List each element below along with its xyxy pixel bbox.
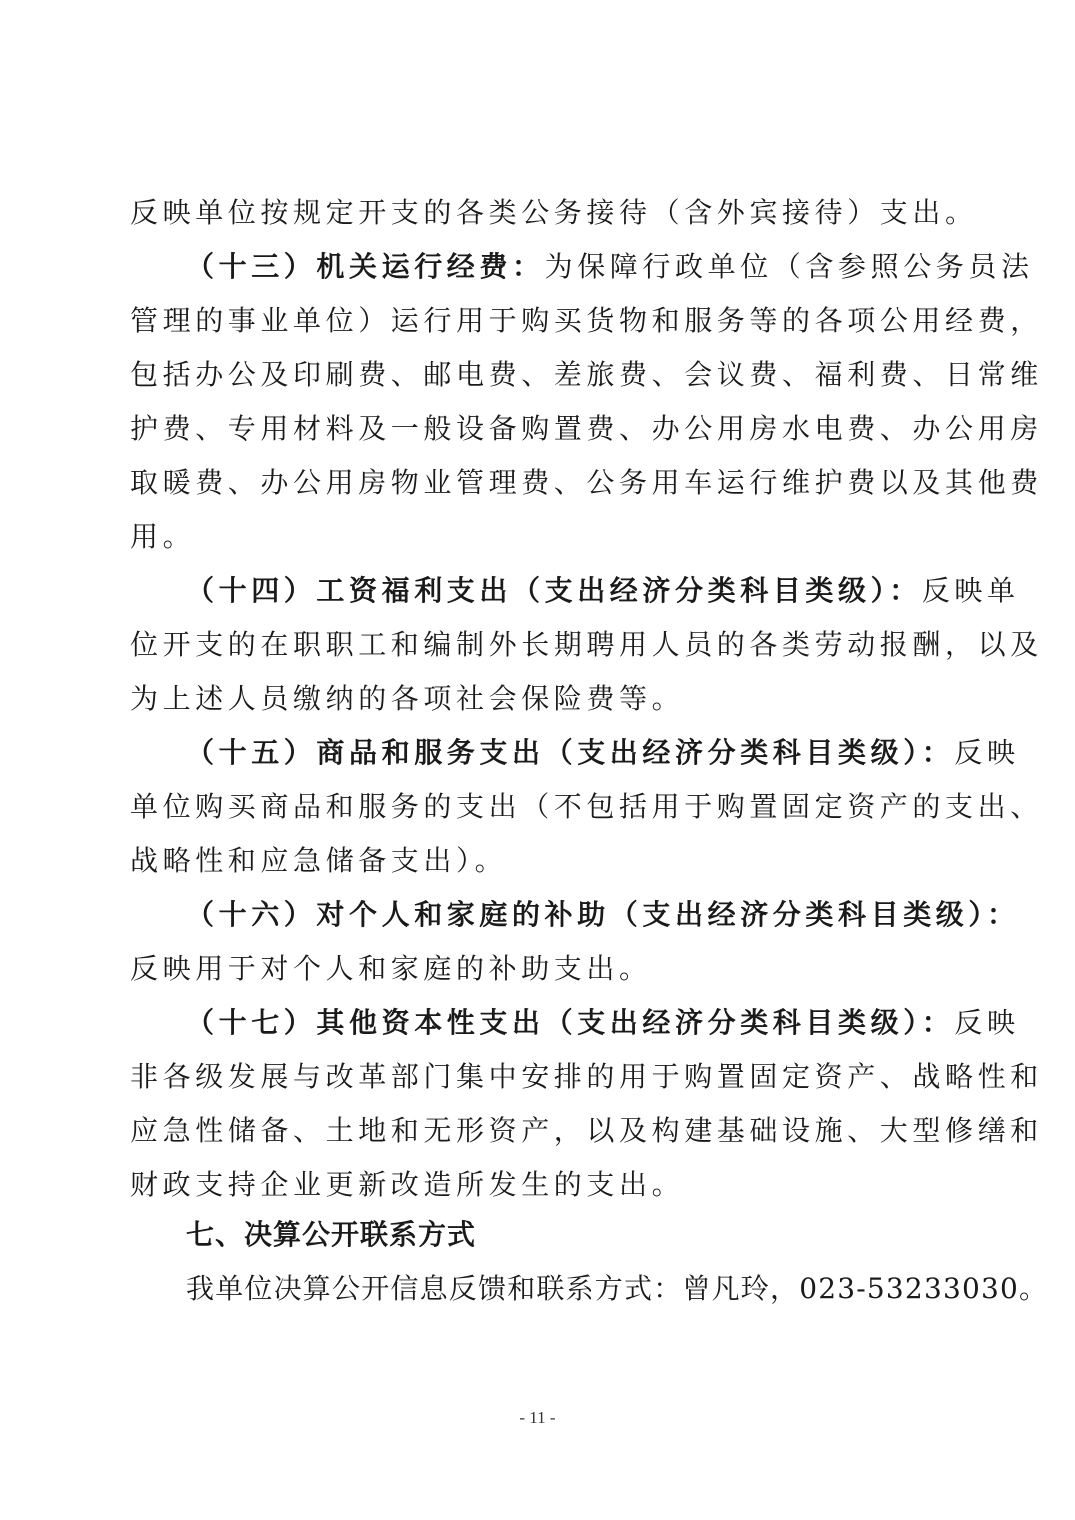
item-lead-16: （十六）对个人和家庭的补助（支出经济分类科目类级）： <box>186 898 1020 931</box>
paragraph-line: 位开支的在职职工和编制外长期聘用人员的各类劳动报酬，以及 <box>130 628 950 662</box>
paragraph-13-first-line: （十三）机关运行经费：为保障行政单位（含参照公务员法 <box>186 250 1006 284</box>
paragraph-line: 应急性储备、土地和无形资产，以及构建基础设施、大型修缮和 <box>130 1114 950 1148</box>
item-lead-15: （十五）商品和服务支出（支出经济分类科目类级）： <box>186 736 954 769</box>
paragraph-line: 管理的事业单位）运行用于购买货物和服务等的各项公用经费， <box>130 304 950 338</box>
paragraph-text: 为保障行政单位（含参照公务员法 <box>545 250 1034 283</box>
paragraph-16-first-line: （十六）对个人和家庭的补助（支出经济分类科目类级）： <box>186 898 1006 932</box>
paragraph-line: 为上述人员缴纳的各项社会保险费等。 <box>130 682 950 716</box>
paragraph-17-first-line: （十七）其他资本性支出（支出经济分类科目类级）：反映 <box>186 1006 1006 1040</box>
paragraph-line: 取暖费、办公用房物业管理费、公务用车运行维护费以及其他费 <box>130 466 950 500</box>
paragraph-line: 反映用于对个人和家庭的补助支出。 <box>130 952 950 986</box>
contact-info: 我单位决算公开信息反馈和联系方式：曾凡玲，023-53233030。 <box>186 1272 1048 1306</box>
paragraph-text: 反映 <box>954 1006 1019 1039</box>
paragraph-line: 反映单位按规定开支的各类公务接待（含外宾接待）支出。 <box>130 196 950 230</box>
item-lead-14: （十四）工资福利支出（支出经济分类科目类级）： <box>186 574 922 607</box>
paragraph-text: 反映 <box>954 736 1019 769</box>
paragraph-line: 护费、专用材料及一般设备购置费、办公用房水电费、办公用房 <box>130 412 950 446</box>
page-number: - 11 - <box>0 1408 1075 1428</box>
paragraph-line: 包括办公及印刷费、邮电费、差旅费、会议费、福利费、日常维 <box>130 358 950 392</box>
paragraph-line: 战略性和应急储备支出）。 <box>130 844 950 878</box>
paragraph-line: 非各级发展与改革部门集中安排的用于购置固定资产、战略性和 <box>130 1060 950 1094</box>
document-page: 反映单位按规定开支的各类公务接待（含外宾接待）支出。 （十三）机关运行经费：为保… <box>0 0 1075 1520</box>
paragraph-line: 财政支持企业更新改造所发生的支出。 <box>130 1168 950 1202</box>
paragraph-line: 单位购买商品和服务的支出（不包括用于购置固定资产的支出、 <box>130 790 950 824</box>
paragraph-15-first-line: （十五）商品和服务支出（支出经济分类科目类级）：反映 <box>186 736 1006 770</box>
paragraph-14-first-line: （十四）工资福利支出（支出经济分类科目类级）：反映单 <box>186 574 1006 608</box>
section-heading: 七、决算公开联系方式 <box>186 1218 476 1252</box>
paragraph-line: 用。 <box>130 520 950 554</box>
item-lead-17: （十七）其他资本性支出（支出经济分类科目类级）： <box>186 1006 954 1039</box>
item-lead-13: （十三）机关运行经费： <box>186 250 545 283</box>
paragraph-text: 反映单 <box>922 574 1020 607</box>
